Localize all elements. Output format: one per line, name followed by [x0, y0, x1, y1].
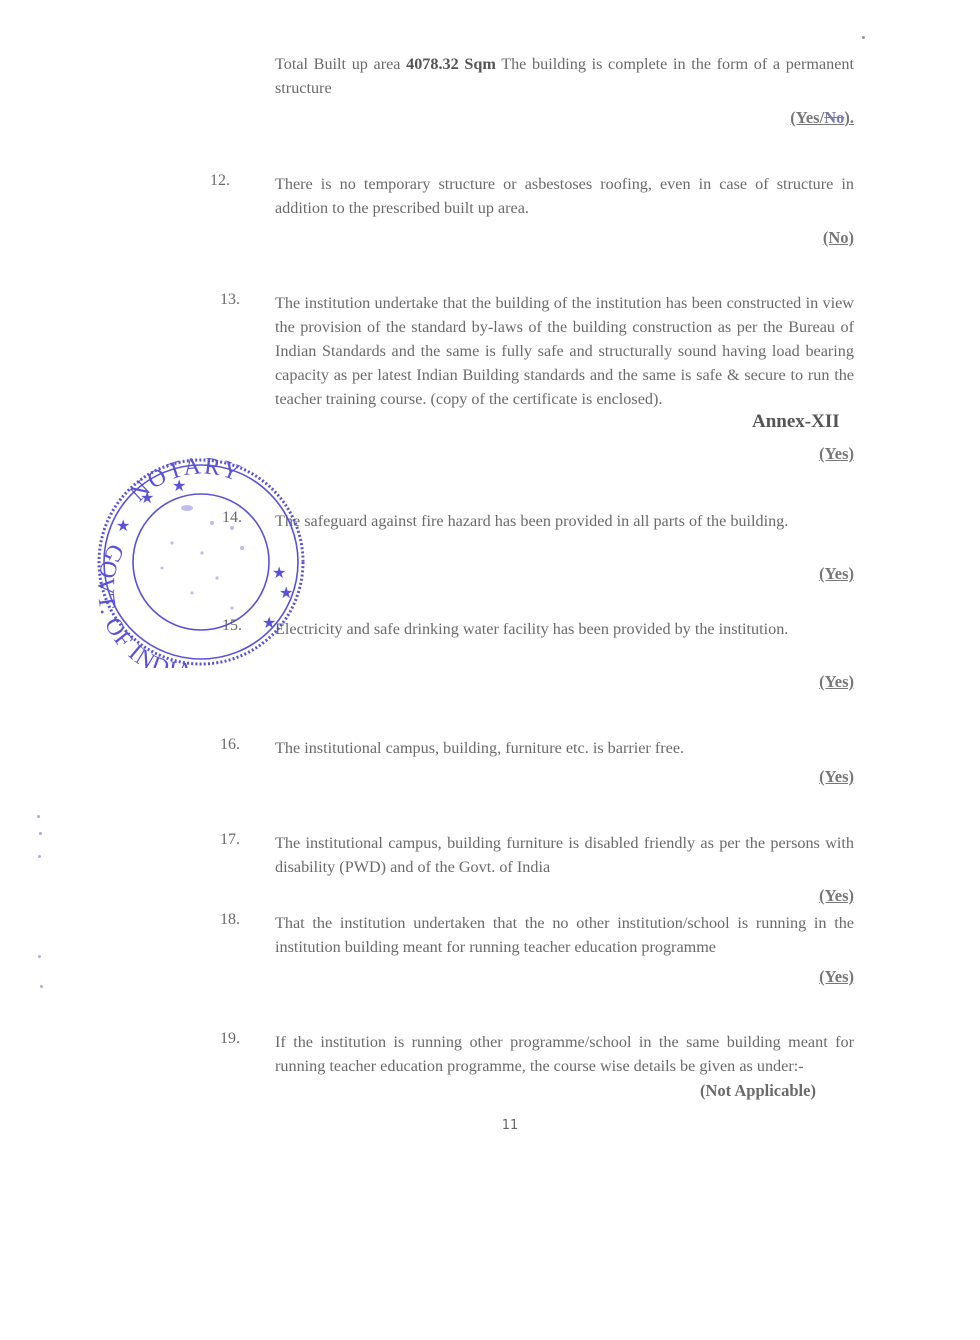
scan-speck: [38, 855, 41, 858]
item-text: There is no temporary structure or asbes…: [275, 172, 854, 220]
item-text: The institutional campus, building, furn…: [275, 736, 854, 760]
item-text: If the institution is running other prog…: [275, 1030, 854, 1078]
document-page: Total Built up area 4078.32 Sqm The buil…: [0, 0, 980, 1340]
item-answer: (Yes): [819, 886, 854, 906]
item-text: Electricity and safe drinking water faci…: [275, 617, 854, 641]
item-text: The institution undertake that the build…: [275, 291, 854, 411]
svg-text:★: ★: [172, 476, 186, 495]
intro-paragraph: Total Built up area 4078.32 Sqm The buil…: [275, 52, 854, 100]
scan-speck: [38, 955, 41, 958]
intro-answer: (Yes/No).: [790, 108, 854, 128]
item-answer: (Yes): [819, 767, 854, 787]
svg-text:★: ★: [140, 488, 154, 507]
built-up-area-value: 4078.32 Sqm: [406, 55, 496, 73]
item-number: 17.: [220, 831, 260, 849]
item-number: 14.: [222, 509, 262, 527]
svg-text:GOVT. OF INDIA: GOVT. OF INDIA: [92, 540, 195, 668]
item-answer: (Yes): [819, 967, 854, 987]
svg-text:★: ★: [116, 516, 130, 535]
svg-text:★: ★: [279, 583, 293, 602]
svg-text:★: ★: [272, 563, 286, 582]
intro-text: Total Built up area: [275, 55, 406, 73]
item-answer: (Yes): [819, 672, 854, 692]
item-number: 13.: [220, 291, 260, 309]
not-applicable-label: (Not Applicable): [700, 1081, 816, 1101]
struck-no: No: [824, 108, 844, 127]
item-answer: (Yes): [819, 564, 854, 584]
scan-speck: [37, 815, 40, 818]
item-answer: (Yes): [819, 444, 854, 464]
item-number: 19.: [220, 1030, 260, 1048]
annex-label: Annex-XII: [752, 411, 840, 433]
item-answer: (No): [823, 228, 854, 248]
item-text: The safeguard against fire hazard has be…: [275, 509, 854, 533]
scan-speck: [40, 985, 43, 988]
item-text: The institutional campus, building furni…: [275, 831, 854, 879]
svg-text:NOTARY: NOTARY: [125, 458, 245, 507]
item-number: 12.: [210, 172, 250, 190]
scan-speck: [862, 36, 865, 39]
item-number: 16.: [220, 736, 260, 754]
item-text: That the institution undertaken that the…: [275, 911, 854, 959]
item-number: 18.: [220, 911, 260, 929]
item-number: 15.: [222, 617, 262, 635]
scan-speck: [39, 832, 42, 835]
page-number: 11: [490, 1118, 530, 1133]
